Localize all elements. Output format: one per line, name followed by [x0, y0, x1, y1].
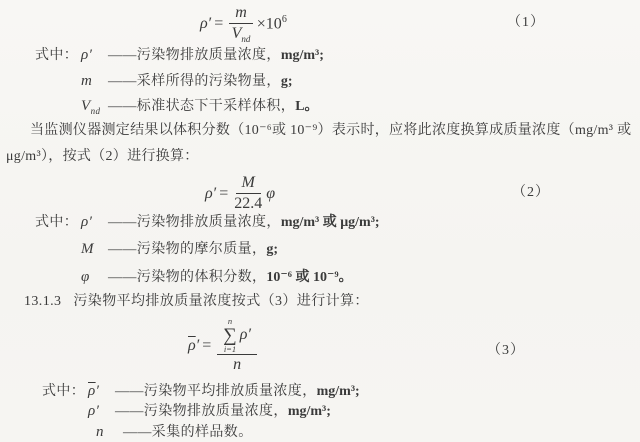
exponent: 6 — [282, 14, 287, 25]
section-heading-13-1-3: 13.1.3污染物平均排放质量浓度按式（3）进行计算： — [24, 292, 369, 312]
equation-number-2: （2） — [512, 181, 550, 201]
rho-bar-symbol: ρ — [188, 337, 196, 355]
molar-mass-symbol: M — [81, 239, 108, 261]
volume-subscript: nd — [241, 34, 250, 44]
rho-bar-symbol: ρ′ — [88, 381, 115, 403]
conversion-paragraph-line-1: 当监测仪器测定结果以体积分数（10⁻⁶或 10⁻⁹）表示时，应将此浓度换算成质量… — [30, 121, 631, 141]
fraction-denominator: 22.4 — [234, 194, 262, 213]
volume-symbol: Vnd — [81, 96, 108, 118]
definition-row: n——采集的样品数。 — [42, 422, 253, 442]
unit-label: mg/m³; — [281, 48, 324, 63]
formula-where-label: 式中： — [42, 382, 88, 402]
unit-label: mg/m³; — [317, 384, 360, 399]
unit-label: mg/m³ 或 μg/m³; — [281, 215, 380, 230]
phi-symbol: φ — [266, 185, 275, 203]
unit-label: L。 — [295, 99, 318, 114]
fraction: m Vnd — [229, 4, 253, 44]
sum-lower-limit: i=1 — [224, 345, 236, 354]
fraction: n ∑ i=1 ρ′ n — [217, 317, 257, 374]
equals-sign: = — [202, 337, 211, 355]
formula-1: ρ′ = m Vnd ×106 — [200, 4, 287, 44]
conversion-paragraph-line-2: μg/m³），按式（2）进行换算： — [6, 147, 199, 167]
definition-text: ——采集的样品数。 — [123, 425, 253, 440]
prime-mark: ′ — [96, 383, 100, 399]
definition-text: ——污染物平均排放质量浓度， — [115, 384, 317, 399]
prime-mark: ′ — [196, 337, 200, 355]
sample-count-symbol: n — [96, 422, 123, 442]
rho-prime-symbol: ρ′ — [81, 45, 108, 67]
molar-mass-symbol: M — [242, 174, 255, 192]
unit-label: g; — [281, 74, 293, 89]
definition-text: ——污染物排放质量浓度， — [108, 215, 281, 230]
unit-label: g; — [266, 242, 278, 257]
rho-prime-symbol: ρ′ — [88, 401, 115, 423]
times-ten-base: ×10 — [257, 16, 282, 33]
equation-number-3: （3） — [487, 339, 525, 359]
definition-text: ——污染物排放质量浓度， — [115, 404, 288, 419]
section-title: 污染物平均排放质量浓度按式（3）进行计算： — [73, 294, 368, 309]
summation: n ∑ i=1 — [223, 317, 237, 353]
mass-symbol: m — [235, 4, 247, 22]
sigma-symbol: ∑ — [223, 326, 237, 345]
definition-row: ρ′——污染物排放质量浓度，mg/m³; — [42, 401, 331, 423]
definition-row: m——采样所得的污染物量，g; — [35, 71, 292, 93]
formula-where-label: 式中： — [35, 46, 81, 66]
rho-prime-symbol: ρ′ — [200, 15, 211, 33]
equation-number-1: （1） — [507, 11, 545, 31]
equals-sign: = — [219, 185, 228, 203]
phi-symbol: φ — [81, 267, 108, 289]
mass-symbol: m — [81, 71, 108, 93]
volume-subscript: nd — [91, 106, 101, 116]
fraction-numerator: n ∑ i=1 ρ′ — [217, 317, 257, 355]
definition-row: φ——污染物的体积分数，10⁻⁶ 或 10⁻⁹。 — [35, 267, 353, 289]
definition-row: Vnd——标准状态下干采样体积，L。 — [35, 96, 319, 118]
section-number: 13.1.3 — [24, 294, 61, 309]
definition-row: 式中：ρ′——污染物排放质量浓度，mg/m³ 或 μg/m³; — [35, 212, 380, 234]
times-ten-factor: ×106 — [257, 14, 287, 33]
formula-where-label: 式中： — [35, 213, 81, 233]
definition-text: ——污染物排放质量浓度， — [108, 48, 281, 63]
definition-text: ——采样所得的污染物量， — [108, 74, 281, 89]
rho-prime-symbol: ρ′ — [240, 326, 251, 344]
unit-label: mg/m³; — [288, 404, 331, 419]
definition-text: ——标准状态下干采样体积， — [108, 99, 295, 114]
definition-text: ——污染物的摩尔质量， — [108, 242, 266, 257]
fraction-denominator: Vnd — [232, 24, 251, 44]
formula-2: ρ′ = M 22.4 φ — [205, 174, 275, 213]
volume-symbol: V — [232, 25, 242, 42]
definition-text: ——污染物的体积分数， — [108, 270, 266, 285]
definition-row: 式中：ρ′——污染物排放质量浓度，mg/m³; — [35, 45, 324, 67]
equals-sign: = — [214, 15, 223, 33]
definition-row: 式中：ρ′——污染物平均排放质量浓度，mg/m³; — [42, 381, 360, 403]
unit-label: 10⁻⁶ 或 10⁻⁹。 — [266, 270, 352, 285]
rho-prime-symbol: ρ′ — [81, 212, 108, 234]
sample-count-symbol: n — [233, 356, 241, 373]
document-page: ρ′ = m Vnd ×106 （1） 式中：ρ′——污染物排放质量浓度，mg/… — [0, 0, 640, 442]
definition-row: M——污染物的摩尔质量，g; — [35, 239, 278, 261]
formula-3: ρ ′ = n ∑ i=1 ρ′ n — [188, 317, 261, 374]
fraction: M 22.4 — [234, 174, 262, 213]
rho-prime-symbol: ρ′ — [205, 185, 216, 203]
